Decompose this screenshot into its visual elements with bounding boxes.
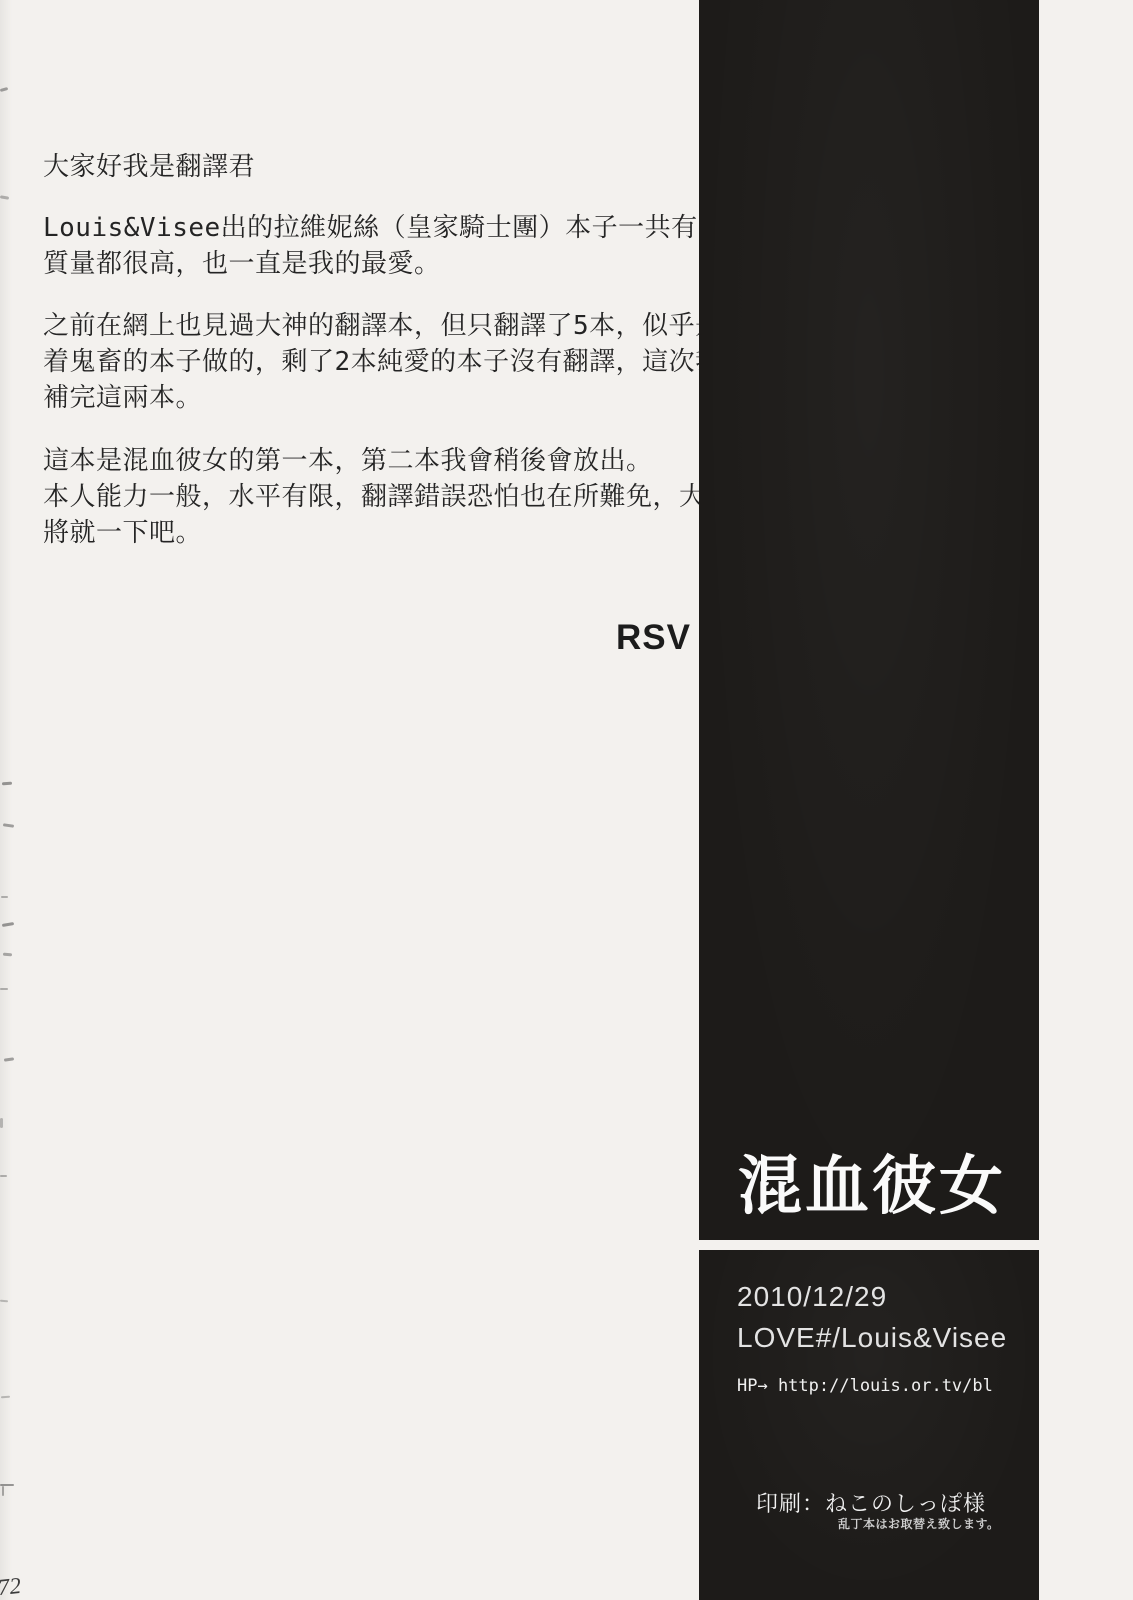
scan-artifact xyxy=(0,988,8,990)
colophon-info-box: 2010/12/29 LOVE#/Louis&Visee HP→ http://… xyxy=(699,1250,1039,1600)
note-line: 大家好我是翻譯君 xyxy=(43,151,255,183)
note-line: 補完這兩本。 xyxy=(43,382,202,414)
scan-artifact xyxy=(4,1057,14,1061)
scan-artifact xyxy=(1,896,8,898)
scan-artifact xyxy=(0,1118,3,1128)
scanned-page: 大家好我是翻譯君 Louis&Visee出的拉維妮絲（皇家騎士團）本子一共有7本… xyxy=(0,0,1133,1600)
scan-edge-shading xyxy=(0,0,12,1600)
scan-artifact xyxy=(2,922,14,927)
note-line: 將就一下吧。 xyxy=(43,517,202,549)
scan-artifact xyxy=(0,1300,8,1303)
page-corner-mark: 72 xyxy=(0,1573,22,1600)
scan-artifact xyxy=(0,87,8,92)
scan-artifact xyxy=(0,195,9,200)
scan-artifact xyxy=(2,1486,4,1496)
scan-artifact xyxy=(3,823,14,828)
release-date: 2010/12/29 xyxy=(737,1281,887,1313)
printer-note: 乱丁本はお取替え致します。 xyxy=(838,1515,1000,1532)
circle-name: LOVE#/Louis&Visee xyxy=(737,1322,1007,1354)
homepage-url: HP→ http://louis.or.tv/bl xyxy=(737,1376,993,1396)
book-title: 混血彼女 xyxy=(738,1135,1006,1227)
translator-signature: RSV xyxy=(616,618,691,658)
scan-artifact xyxy=(2,782,12,786)
printer-credit: 印刷：ねこのしっぽ様 xyxy=(756,1487,986,1518)
colophon-title-box: 混血彼女 xyxy=(699,0,1039,1240)
note-line: 質量都很高，也一直是我的最愛。 xyxy=(43,248,441,280)
scan-artifact xyxy=(1,1396,10,1399)
note-line: 本人能力一般，水平有限，翻譯錯誤恐怕也在所難免，大家 xyxy=(43,481,732,513)
note-line: Louis&Visee出的拉維妮絲（皇家騎士團）本子一共有7本。 xyxy=(43,212,767,244)
note-line: 着鬼畜的本子做的，剩了2本純愛的本子沒有翻譯，這次我就 xyxy=(43,346,748,378)
scan-artifact xyxy=(0,1175,7,1177)
note-line: 之前在網上也見過大神的翻譯本，但只翻譯了5本，似乎是挑 xyxy=(43,310,748,342)
note-line: 這本是混血彼女的第一本，第二本我會稍後會放出。 xyxy=(43,445,653,477)
scan-artifact xyxy=(3,953,12,957)
